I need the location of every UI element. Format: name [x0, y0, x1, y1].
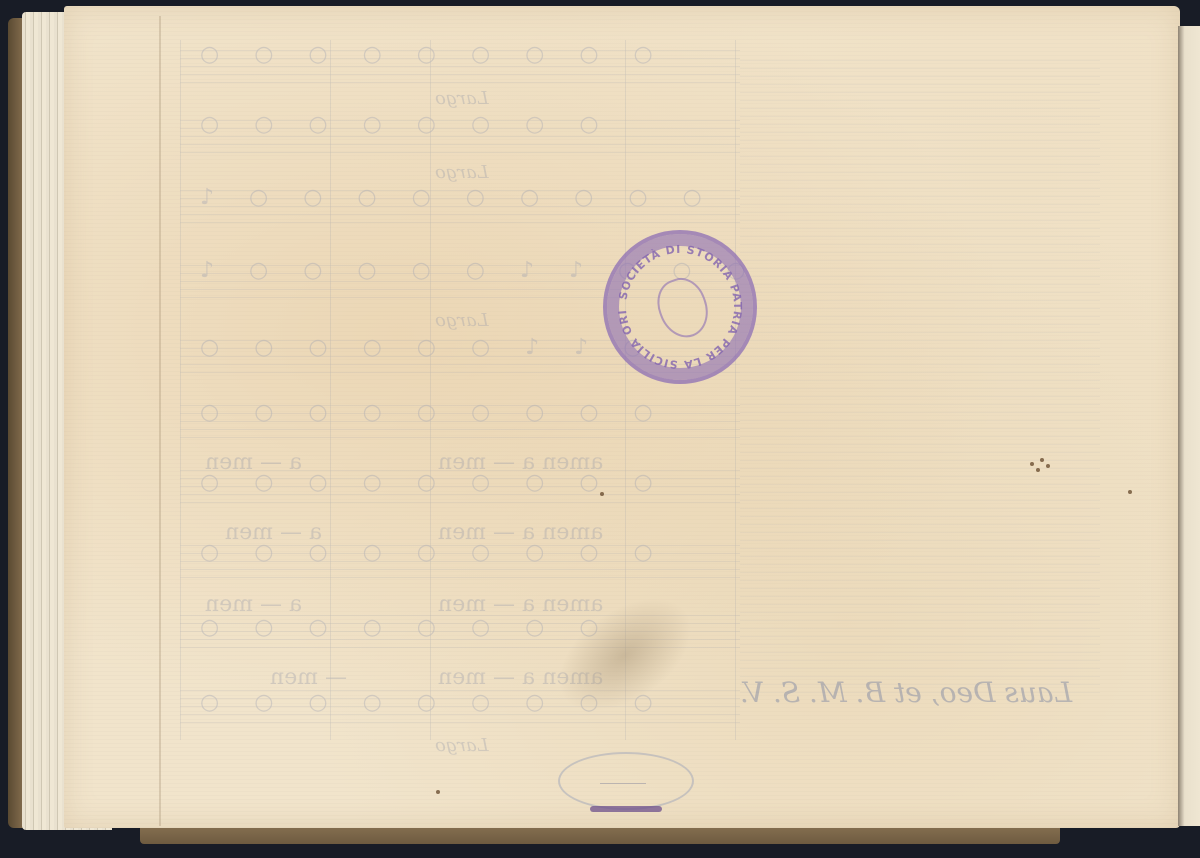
purple-ink-mark — [590, 806, 662, 812]
lyric-text: a — men — [225, 520, 322, 545]
oval-stamp-line — [600, 783, 646, 784]
lyric-text: amen a — men — [438, 520, 603, 545]
next-page-edge — [1178, 26, 1200, 826]
lyric-text: a — men — [205, 592, 302, 617]
barline — [735, 40, 736, 740]
lyric-text: a — men — [205, 450, 302, 475]
notes-row: ○ ○ ○ ○ ○ ○ ○ ○ — [200, 112, 613, 137]
closing-inscription: Laus Deo, et B. M. S. V. — [740, 676, 1072, 709]
lyric-text: amen a — men — [438, 592, 603, 617]
tempo-marking: Largo — [435, 162, 489, 183]
notes-row: ○ ○ ○ ○ ○ ○ ○ ○ ○ — [200, 42, 667, 67]
tempo-marking: Largo — [435, 310, 489, 331]
tempo-marking: Largo — [435, 735, 489, 756]
notes-row: ♪ ○ ○ ○ ○ ○ ○ ○ ○ ○ — [200, 185, 716, 210]
barline — [180, 40, 181, 740]
lyric-text: — men — [270, 665, 347, 690]
lyric-text: amen a — men — [438, 450, 603, 475]
page-fold-line — [159, 16, 161, 826]
library-stamp: SOCIETÀ DI STORIA PATRIA PER LA SICILIA … — [603, 230, 757, 384]
notes-row: ○ ○ ○ ○ ○ ○ ♪ ♪ ○ — [200, 335, 656, 360]
blank-staves-right — [740, 60, 1100, 700]
notes-row: ○ ○ ○ ○ ○ ○ ○ ○ — [200, 615, 613, 640]
notes-row: ○ ○ ○ ○ ○ ○ ○ ○ ○ — [200, 400, 667, 425]
tempo-marking: Largo — [435, 88, 489, 109]
oval-library-stamp — [558, 752, 694, 810]
